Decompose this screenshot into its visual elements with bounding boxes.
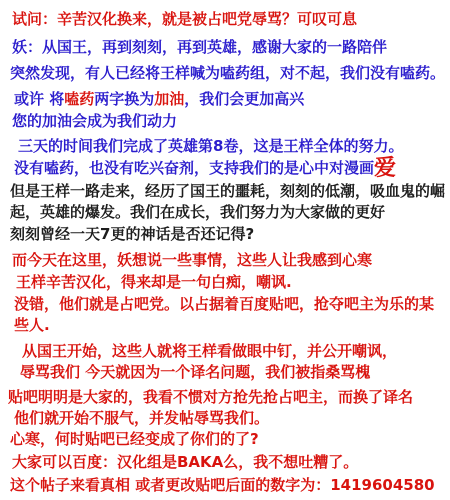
text-line: 或许 将嗑药两字换为加油，我们会更加高兴: [8, 89, 446, 110]
text-segment: 没错，他们就是占吧党。以占据着百度贴吧，抢夺吧主为乐的某些人.: [14, 295, 434, 334]
text-segment-emphasis: 爱: [374, 156, 396, 181]
text-segment: 试问：辛苦汉化换来，就是被占吧党辱骂？可叹可息: [12, 10, 357, 28]
announcement-page: 试问：辛苦汉化换来，就是被占吧党辱骂？可叹可息 妖：从国王，再到刻刻，再到英雄，…: [0, 0, 450, 500]
text-line: 您的加油会成为我们动力: [8, 111, 446, 132]
text-segment: 从国王开始，这些人就将王样看做眼中钉，并公开嘲讽，: [22, 342, 397, 360]
text-line: 没有嗑药，也没有吃兴奋剂，支持我们的是心中对漫画爱: [8, 158, 446, 179]
text-line: 试问：辛苦汉化换来，就是被占吧党辱骂？可叹可息: [8, 9, 446, 30]
text-segment: 而今天在这里，妖想说一些事情，这些人让我感到心寒: [12, 251, 372, 269]
text-segment: 或许 将: [14, 90, 64, 108]
text-segment: 没有嗑药，也没有吃兴奋剂，支持我们的是心中对漫画: [14, 159, 374, 177]
text-line: 心寒，何时贴吧已经变成了你们的了?: [8, 429, 446, 450]
text-segment: 刻刻曾经一天7更的神话是否还记得?: [10, 225, 254, 243]
text-line: 三天的时间我们完成了英雄第8卷，这是王样全体的努力。: [8, 136, 446, 157]
text-segment: 嗑药: [64, 90, 94, 108]
text-segment: 加油: [154, 90, 184, 108]
text-line: 突然发现，有人已经将王样喊为嗑药组，对不起，我们没有嗑药。: [8, 63, 446, 84]
text-line: 辱骂我们 今天就因为一个译名问题，我们被指桑骂槐: [8, 362, 446, 383]
text-line: 从国王开始，这些人就将王样看做眼中钉，并公开嘲讽，: [8, 341, 446, 362]
text-segment: 贴吧明明是大家的，我看不惯对方抢先抢占吧主，而换了译名: [8, 388, 413, 406]
text-segment: 大家可以百度：汉化组是BAKA么，我不想吐糟了。: [12, 453, 358, 471]
text-line: 而今天在这里，妖想说一些事情，这些人让我感到心寒: [8, 250, 446, 271]
text-line: 大家可以百度：汉化组是BAKA么，我不想吐糟了。: [8, 452, 446, 473]
text-line: 这个帖子来看真相 或者更改贴吧后面的数字为：1419604580: [8, 475, 446, 496]
text-segment: ，我们会更加高兴: [184, 90, 304, 108]
text-line: 贴吧明明是大家的，我看不惯对方抢先抢占吧主，而换了译名: [8, 387, 446, 408]
text-segment: 辱骂我们 今天就因为一个译名问题，我们被指桑骂槐: [20, 363, 370, 381]
text-segment: 但是王样一路走来，经历了国王的噩耗，刻刻的低潮，吸血鬼的崛起，英雄的爆发。我们在…: [10, 182, 445, 221]
text-segment: 您的加油会成为我们动力: [12, 112, 177, 130]
text-segment: 王样辛苦汉化，得来却是一句白痴，嘲讽.: [16, 273, 292, 291]
text-line: 他们就开始不服气，并发帖辱骂我们。: [8, 408, 446, 429]
text-line: 但是王样一路走来，经历了国王的噩耗，刻刻的低潮，吸血鬼的崛起，英雄的爆发。我们在…: [8, 181, 446, 223]
text-line: 妖：从国王，再到刻刻，再到英雄，感谢大家的一路陪伴: [8, 37, 446, 58]
text-line: 刻刻曾经一天7更的神话是否还记得?: [8, 224, 446, 245]
text-segment: 这个帖子来看真相 或者更改贴吧后面的数字为：1419604580: [10, 476, 435, 494]
text-segment: 两字换为: [94, 90, 154, 108]
text-line: 没错，他们就是占吧党。以占据着百度贴吧，抢夺吧主为乐的某些人.: [8, 294, 446, 336]
text-segment: 他们就开始不服气，并发帖辱骂我们。: [14, 409, 269, 427]
text-segment: 妖：从国王，再到刻刻，再到英雄，感谢大家的一路陪伴: [12, 38, 387, 56]
text-segment: 三天的时间我们完成了英雄第8卷，这是王样全体的努力。: [18, 137, 403, 155]
text-line: 王样辛苦汉化，得来却是一句白痴，嘲讽.: [8, 272, 446, 293]
text-segment: 心寒，何时贴吧已经变成了你们的了?: [10, 430, 259, 448]
text-segment: 突然发现，有人已经将王样喊为嗑药组，对不起，我们没有嗑药。: [10, 64, 445, 82]
